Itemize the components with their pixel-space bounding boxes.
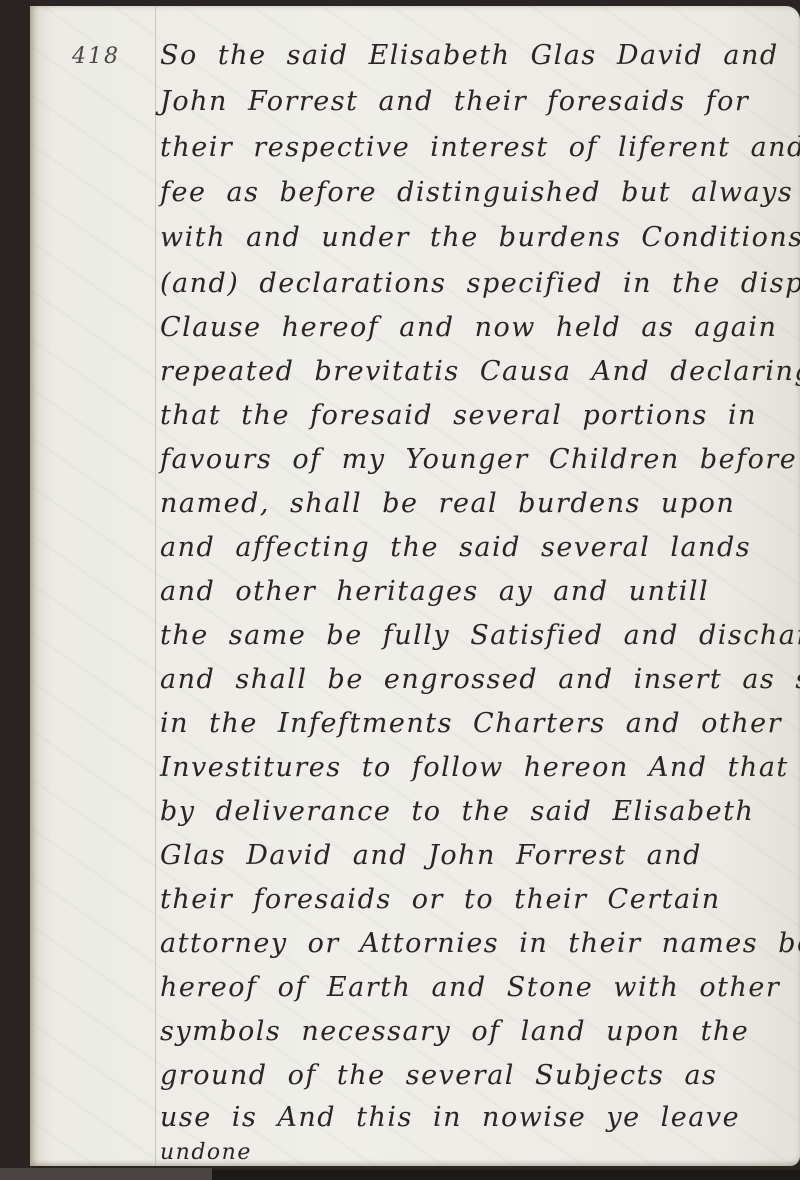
text-line: use is And this in nowise ye leave <box>160 1102 740 1133</box>
text-line: that the foresaid several portions in <box>160 400 757 431</box>
scan-background: 418 So the said Elisabeth Glas David and… <box>0 0 800 1180</box>
text-line: (and) declarations specified in the disp… <box>160 268 800 299</box>
margin-rule <box>155 6 156 1166</box>
text-line: their respective interest of liferent an… <box>160 132 800 163</box>
text-line: John Forrest and their foresaids for <box>160 86 749 117</box>
book-edge-left <box>0 1168 212 1180</box>
text-line: by deliverance to the said Elisabeth <box>160 796 754 827</box>
text-line-final: undone <box>160 1140 252 1165</box>
text-line: fee as before distinguished but always <box>160 177 793 208</box>
text-line: in the Infeftments Charters and other <box>160 708 782 739</box>
text-line: attorney or Attornies in their names bea… <box>160 928 800 959</box>
text-line: Glas David and John Forrest and <box>160 840 702 871</box>
text-line: repeated brevitatis Causa And declaring <box>160 356 800 387</box>
text-line: ground of the several Subjects as <box>160 1060 717 1091</box>
text-line: and shall be engrossed and insert as suc… <box>160 664 800 695</box>
text-line: the same be fully Satisfied and discharg… <box>160 620 800 651</box>
text-line: symbols necessary of land upon the <box>160 1016 749 1047</box>
text-line: So the said Elisabeth Glas David and <box>160 40 779 71</box>
text-line: and affecting the said several lands <box>160 532 751 563</box>
folio-number: 418 <box>72 44 120 69</box>
text-line: hereof of Earth and Stone with other <box>160 972 780 1003</box>
text-line: with and under the burdens Conditions <box>160 222 800 253</box>
text-line: their foresaids or to their Certain <box>160 884 721 915</box>
text-line: Clause hereof and now held as again <box>160 312 777 343</box>
text-line: Investitures to follow hereon And that <box>160 752 789 783</box>
text-line: and other heritages ay and untill <box>160 576 709 607</box>
text-line: favours of my Younger Children before <box>160 444 797 475</box>
text-line: named, shall be real burdens upon <box>160 488 735 519</box>
manuscript-page: 418 So the said Elisabeth Glas David and… <box>30 6 800 1166</box>
